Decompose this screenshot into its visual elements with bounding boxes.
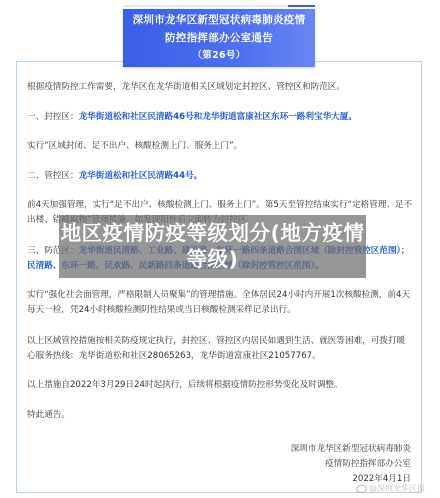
section-control-label: 二、管控区： <box>27 171 79 181</box>
overlay-title: 地区疫情防疫等级划分(地方疫情等级) <box>59 215 366 272</box>
top-decorative-strip <box>123 5 315 7</box>
signature-org-line2: 疫情防控指挥部办公室 <box>325 458 411 471</box>
watermark: @深圳龙华区报 <box>356 483 425 494</box>
section-lockdown-zone: 一、封控区：龙华街道松和社区民清路46号和龙华街道富康社区东环一路利宝华大厦。 <box>27 110 413 125</box>
section-control-zone: 二、管控区：龙华街道松和社区民清路44号。 <box>27 169 413 184</box>
notice-header-line1: 深圳市龙华区新型冠状病毒肺炎疫情 <box>123 11 315 29</box>
top-decorative-accent <box>288 5 315 7</box>
notice-number: （第26号） <box>123 47 315 65</box>
section-lockdown-area: 龙华街道松和社区民清路46号和龙华街道富康社区东环一路利宝华大厦。 <box>79 112 357 122</box>
weibo-icon <box>356 485 367 493</box>
hotline-paragraph: 以上区域管控措施按相关防疫规定执行，封控区、管控区内居民如遇到生活、就医等困难，… <box>27 334 413 364</box>
section-lockdown-measures: 实行“区域封闭、足不出户、核酸检测上门、服务上门”。 <box>27 139 413 154</box>
notice-header: 深圳市龙华区新型冠状病毒肺炎疫情 防控指挥部办公室通告 （第26号） <box>123 9 315 67</box>
notice-header-line2: 防控指挥部办公室通告 <box>123 29 315 47</box>
closing-paragraph: 特此通告。 <box>27 408 413 423</box>
intro-paragraph: 根据疫情防控工作需要，龙华区在龙华街道相关区域划定封控区、管控区和防范区。 <box>27 80 413 95</box>
title-overlay-banner: 地区疫情防疫等级划分(地方疫情等级) <box>59 215 366 278</box>
effective-date-paragraph: 以上措施自2022年3月29日24时起执行，后续将根据疫情防控形势变化及时调整。 <box>27 378 413 393</box>
watermark-text: @深圳龙华区报 <box>369 484 425 493</box>
section-control-area: 龙华街道松和社区民清路44号。 <box>79 171 203 181</box>
section-prevention-measures: 实行“强化社会面管理，严格限制人员聚集”的管理措施。全体居民24小时内开展1次核… <box>27 288 413 318</box>
signature-org-line1: 深圳市龙华区新型冠状病毒肺炎 <box>291 443 411 456</box>
section-lockdown-label: 一、封控区： <box>27 112 79 122</box>
